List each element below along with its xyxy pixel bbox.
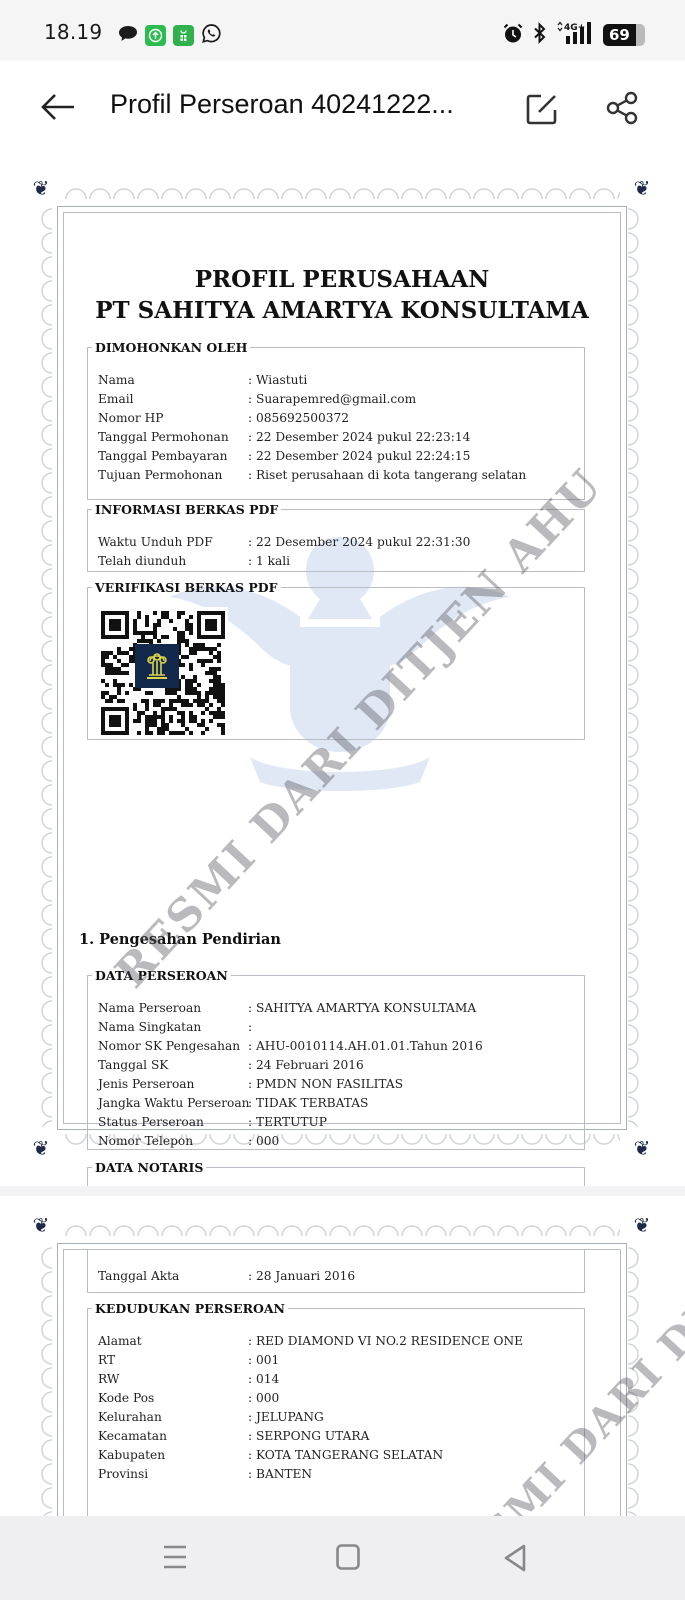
field-row: Kode Pos000 xyxy=(98,1389,523,1408)
company-data-section: DATA PERSEROAN Nama PerseroanSAHITYA AMA… xyxy=(87,968,585,1150)
field-value: TIDAK TERBATAS xyxy=(248,1094,368,1113)
field-label: Provinsi xyxy=(98,1465,248,1484)
field-label: Nomor HP xyxy=(98,409,248,428)
field-value: 22 Desember 2024 pukul 22:31:30 xyxy=(248,533,470,552)
status-time: 18.19 xyxy=(44,20,102,44)
home-button[interactable] xyxy=(336,1544,360,1574)
field-label: Nomor SK Pengesahan xyxy=(98,1037,248,1056)
field-label: Tujuan Permohonan xyxy=(98,466,248,485)
field-label: Tanggal Akta xyxy=(98,1267,248,1286)
field-row: Tujuan PermohonanRiset perusahaan di kot… xyxy=(98,466,526,485)
field-label: Jangka Waktu Perseroan xyxy=(98,1094,248,1113)
field-row: KabupatenKOTA TANGERANG SELATAN xyxy=(98,1446,523,1465)
field-value: 001 xyxy=(248,1351,279,1370)
field-label: RW xyxy=(98,1370,248,1389)
field-value: RED DIAMOND VI NO.2 RESIDENCE ONE xyxy=(248,1332,523,1351)
ornament-corner-icon: ❦ xyxy=(631,1137,653,1159)
share-button[interactable] xyxy=(605,91,639,129)
field-label: Alamat xyxy=(98,1332,248,1351)
battery-indicator: 69 xyxy=(603,24,645,46)
recents-menu-icon xyxy=(163,1555,187,1574)
ornament-corner-icon: ❦ xyxy=(30,1214,52,1236)
field-row: RW014 xyxy=(98,1370,523,1389)
field-row: KelurahanJELUPANG xyxy=(98,1408,523,1427)
field-value: 22 Desember 2024 pukul 22:23:14 xyxy=(248,428,470,447)
field-label: Email xyxy=(98,390,248,409)
field-row: Telah diunduh1 kali xyxy=(98,552,470,571)
field-row: Nama Singkatan xyxy=(98,1018,483,1037)
field-row: Tanggal SK24 Februari 2016 xyxy=(98,1056,483,1075)
document-body: Tanggal Akta28 Januari 2016 KEDUDUKAN PE… xyxy=(63,1249,621,1516)
bluetooth-icon xyxy=(533,22,547,48)
field-value: PMDN NON FASILITAS xyxy=(248,1075,403,1094)
app-bar: Profil Perseroan 40241222... xyxy=(0,61,685,157)
field-label: RT xyxy=(98,1351,248,1370)
signal-4g-icon: 4G+ xyxy=(556,21,594,49)
field-row: RT001 xyxy=(98,1351,523,1370)
ornament-corner-icon: ❦ xyxy=(631,1214,653,1236)
field-value: 085692500372 xyxy=(248,409,349,428)
field-label: Kode Pos xyxy=(98,1389,248,1408)
field-label: Nama Singkatan xyxy=(98,1018,248,1037)
field-value: AHU-0010114.AH.01.01.Tahun 2016 xyxy=(248,1037,483,1056)
edit-icon xyxy=(525,111,559,130)
field-label: Telah diunduh xyxy=(98,552,248,571)
whatsapp-icon xyxy=(201,23,222,48)
field-label: Status Perseroan xyxy=(98,1113,248,1132)
field-row: Tanggal Akta28 Januari 2016 xyxy=(98,1267,355,1286)
document-body: PROFIL PERUSAHAAN PT SAHITYA AMARTYA KON… xyxy=(63,212,621,1124)
field-row: Waktu Unduh PDF22 Desember 2024 pukul 22… xyxy=(98,533,470,552)
field-row: Jangka Waktu PerseroanTIDAK TERBATAS xyxy=(98,1094,483,1113)
section-legend: KEDUDUKAN PERSEROAN xyxy=(92,1301,288,1316)
field-label: Kabupaten xyxy=(98,1446,248,1465)
field-value: SAHITYA AMARTYA KONSULTAMA xyxy=(248,999,476,1018)
field-label: Tanggal Permohonan xyxy=(98,428,248,447)
share-icon xyxy=(605,110,639,129)
document-title: Profil Perseroan 40241222... xyxy=(110,89,454,120)
system-nav-bar xyxy=(0,1516,685,1600)
company-address-section: KEDUDUKAN PERSEROAN AlamatRED DIAMOND VI… xyxy=(87,1301,585,1516)
back-triangle-icon xyxy=(503,1557,527,1576)
border-pattern-left xyxy=(30,207,52,1127)
field-row: Tanggal Pembayaran22 Desember 2024 pukul… xyxy=(98,447,526,466)
field-label: Kelurahan xyxy=(98,1408,248,1427)
section-legend: INFORMASI BERKAS PDF xyxy=(92,502,281,517)
border-pattern-left xyxy=(30,1246,52,1516)
ornament-corner-icon: ❦ xyxy=(30,177,52,199)
section-legend: DATA NOTARIS xyxy=(92,1160,206,1175)
field-row: NamaWiastuti xyxy=(98,371,526,390)
qr-code-icon[interactable] xyxy=(98,607,228,739)
ornament-corner-icon: ❦ xyxy=(631,177,653,199)
field-value: 000 xyxy=(248,1132,279,1151)
edit-button[interactable] xyxy=(525,92,559,130)
field-value: JELUPANG xyxy=(248,1408,324,1427)
field-value: BANTEN xyxy=(248,1465,312,1484)
status-bar: 18.19 4G+ 69 xyxy=(0,0,685,61)
field-row: Jenis PerseroanPMDN NON FASILITAS xyxy=(98,1075,483,1094)
field-label: Nama xyxy=(98,371,248,390)
border-pattern-top xyxy=(64,177,620,199)
kemenkumham-logo-icon xyxy=(135,644,179,688)
field-value: KOTA TANGERANG SELATAN xyxy=(248,1446,443,1465)
field-value: TERTUTUP xyxy=(248,1113,327,1132)
border-pattern-top xyxy=(64,1214,620,1236)
section-legend: DATA PERSEROAN xyxy=(92,968,231,983)
field-label: Jenis Perseroan xyxy=(98,1075,248,1094)
field-row: Tanggal Permohonan22 Desember 2024 pukul… xyxy=(98,428,526,447)
section-legend: VERIFIKASI BERKAS PDF xyxy=(92,580,281,595)
recents-button[interactable] xyxy=(163,1544,187,1574)
field-row: Nomor Telepon000 xyxy=(98,1132,483,1151)
field-value: Riset perusahaan di kota tangerang selat… xyxy=(248,466,526,485)
document-heading-line1: PROFIL PERUSAHAAN xyxy=(63,264,621,295)
field-label: Waktu Unduh PDF xyxy=(98,533,248,552)
back-nav-button[interactable] xyxy=(503,1544,527,1576)
field-label: Kecamatan xyxy=(98,1427,248,1446)
border-pattern-right xyxy=(628,1246,650,1516)
field-value: Suarapemred@gmail.com xyxy=(248,390,416,409)
field-label: Nama Perseroan xyxy=(98,999,248,1018)
pdf-verification-section: VERIFIKASI BERKAS PDF xyxy=(87,580,585,740)
field-row: AlamatRED DIAMOND VI NO.2 RESIDENCE ONE xyxy=(98,1332,523,1351)
field-row: Nomor HP085692500372 xyxy=(98,409,526,428)
back-button[interactable] xyxy=(40,91,80,127)
field-value: SERPONG UTARA xyxy=(248,1427,369,1446)
field-value: 28 Januari 2016 xyxy=(248,1267,355,1286)
field-value: Wiastuti xyxy=(248,371,307,390)
pdf-page-1: ❦ ❦ ❦ ❦ PROFIL PERUSAHAAN PT SAHITYA AMA… xyxy=(0,157,685,1186)
field-value xyxy=(248,1018,252,1037)
field-row: Nomor SK PengesahanAHU-0010114.AH.01.01.… xyxy=(98,1037,483,1056)
field-value: 000 xyxy=(248,1389,279,1408)
border-pattern-right xyxy=(628,207,650,1127)
field-value: 24 Februari 2016 xyxy=(248,1056,364,1075)
field-row: ProvinsiBANTEN xyxy=(98,1465,523,1484)
document-heading-line2: PT SAHITYA AMARTYA KONSULTAMA xyxy=(63,295,621,326)
store-app-icon xyxy=(173,25,194,46)
ornament-corner-icon: ❦ xyxy=(30,1137,52,1159)
notary-section: DATA NOTARIS Nama NotarisDJOKO KARYOSO, … xyxy=(87,1160,585,1186)
field-value: 22 Desember 2024 pukul 22:24:15 xyxy=(248,447,470,466)
alarm-icon xyxy=(502,22,524,48)
section-legend: DIMOHONKAN OLEH xyxy=(92,340,250,355)
section-heading-pengesahan: 1. Pengesahan Pendirian xyxy=(79,931,281,948)
notary-section-continued: Tanggal Akta28 Januari 2016 xyxy=(87,1249,585,1293)
applicant-section: DIMOHONKAN OLEH NamaWiastutiEmailSuarape… xyxy=(87,340,585,500)
upload-app-icon xyxy=(145,25,166,46)
pdf-info-section: INFORMASI BERKAS PDF Waktu Unduh PDF22 D… xyxy=(87,502,585,572)
chat-bubble-icon xyxy=(118,25,138,47)
field-label: Tanggal SK xyxy=(98,1056,248,1075)
field-value: 1 kali xyxy=(248,552,290,571)
field-row: Status PerseroanTERTUTUP xyxy=(98,1113,483,1132)
field-label: Nomor Telepon xyxy=(98,1132,248,1151)
field-row: Nama PerseroanSAHITYA AMARTYA KONSULTAMA xyxy=(98,999,483,1018)
arrow-left-icon xyxy=(40,93,76,125)
field-label: Tanggal Pembayaran xyxy=(98,447,248,466)
pdf-page-2: ❦ ❦ Tanggal Akta28 Januari 2016 KEDUDUKA… xyxy=(0,1196,685,1516)
field-row: EmailSuarapemred@gmail.com xyxy=(98,390,526,409)
home-square-icon xyxy=(336,1555,360,1574)
field-row: KecamatanSERPONG UTARA xyxy=(98,1427,523,1446)
field-value: 014 xyxy=(248,1370,279,1389)
